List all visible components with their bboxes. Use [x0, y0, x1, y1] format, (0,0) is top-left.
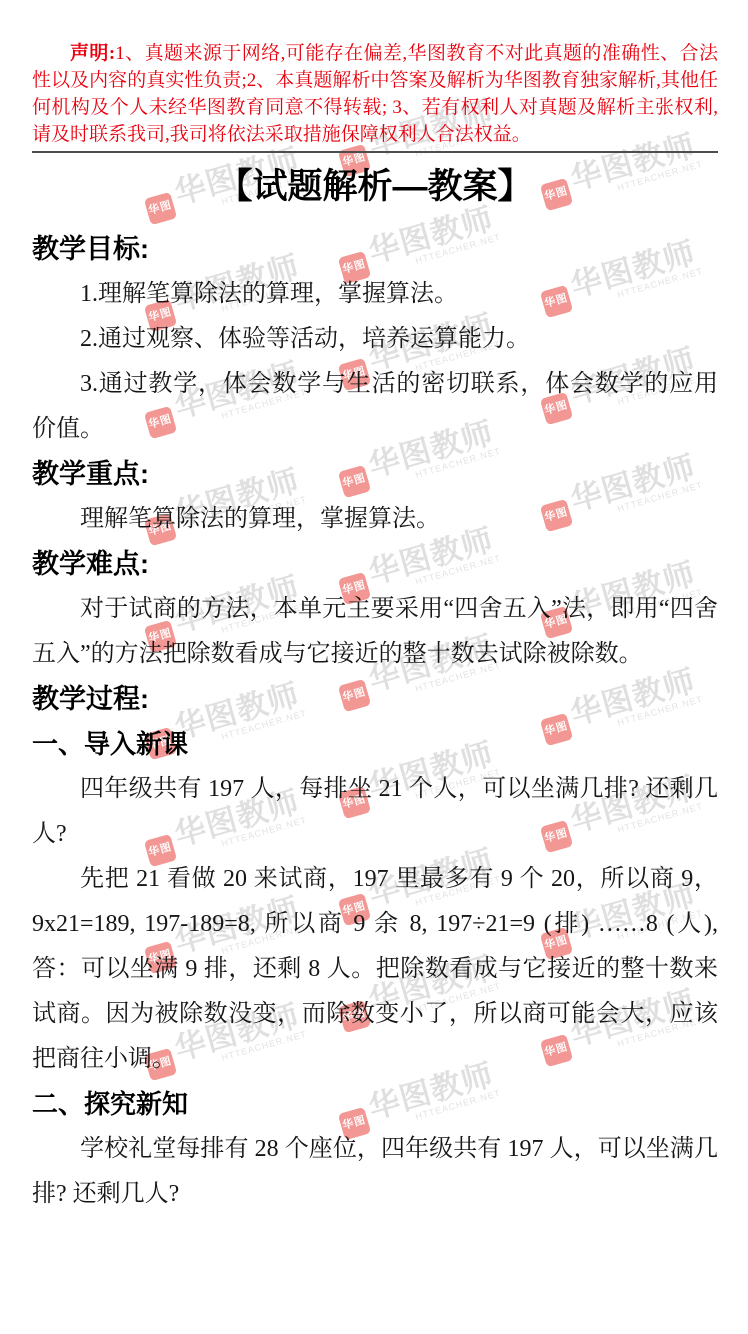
disclaimer-text: 1、真题来源于网络,可能存在偏差,华图教育不对此真题的准确性、合法性以及内容的真… — [32, 43, 718, 145]
section-heading: 教学过程: — [32, 677, 718, 722]
section-heading: 教学目标: — [32, 227, 718, 272]
paragraph: 3.通过教学，体会数学与生活的密切联系，体会数学的应用价值。 — [32, 362, 718, 452]
subsection-heading: 二、探究新知 — [32, 1082, 718, 1127]
document-page: 华图华图教师HTTEACHER.NET华图华图教师HTTEACHER.NET华图… — [0, 0, 748, 1334]
paragraph: 2.通过观察、体验等活动，培养运算能力。 — [32, 317, 718, 362]
paragraph: 对于试商的方法，本单元主要采用“四舍五入”法，即用“四舍五入”的方法把除数看成与… — [32, 587, 718, 677]
disclaimer: 声明:1、真题来源于网络,可能存在偏差,华图教育不对此真题的准确性、合法性以及内… — [32, 40, 718, 148]
paragraph: 先把 21 看做 20 来试商，197 里最多有 9 个 20，所以商 9，9x… — [32, 857, 718, 1082]
section-heading: 教学难点: — [32, 542, 718, 587]
section-heading: 教学重点: — [32, 452, 718, 497]
paragraph: 四年级共有 197 人，每排坐 21 个人，可以坐满几排? 还剩几人? — [32, 767, 718, 857]
subsection-heading: 一、导入新课 — [32, 722, 718, 767]
divider-line — [32, 151, 718, 153]
page-title: 【试题解析—教案】 — [32, 161, 718, 213]
paragraph: 理解笔算除法的算理，掌握算法。 — [32, 497, 718, 542]
paragraph: 学校礼堂每排有 28 个座位，四年级共有 197 人，可以坐满几排? 还剩几人? — [32, 1127, 718, 1217]
document-content: 声明:1、真题来源于网络,可能存在偏差,华图教育不对此真题的准确性、合法性以及内… — [0, 0, 748, 1217]
sections: 教学目标:1.理解笔算除法的算理，掌握算法。2.通过观察、体验等活动，培养运算能… — [32, 227, 718, 1217]
disclaimer-label: 声明: — [70, 43, 115, 64]
paragraph: 1.理解笔算除法的算理，掌握算法。 — [32, 272, 718, 317]
